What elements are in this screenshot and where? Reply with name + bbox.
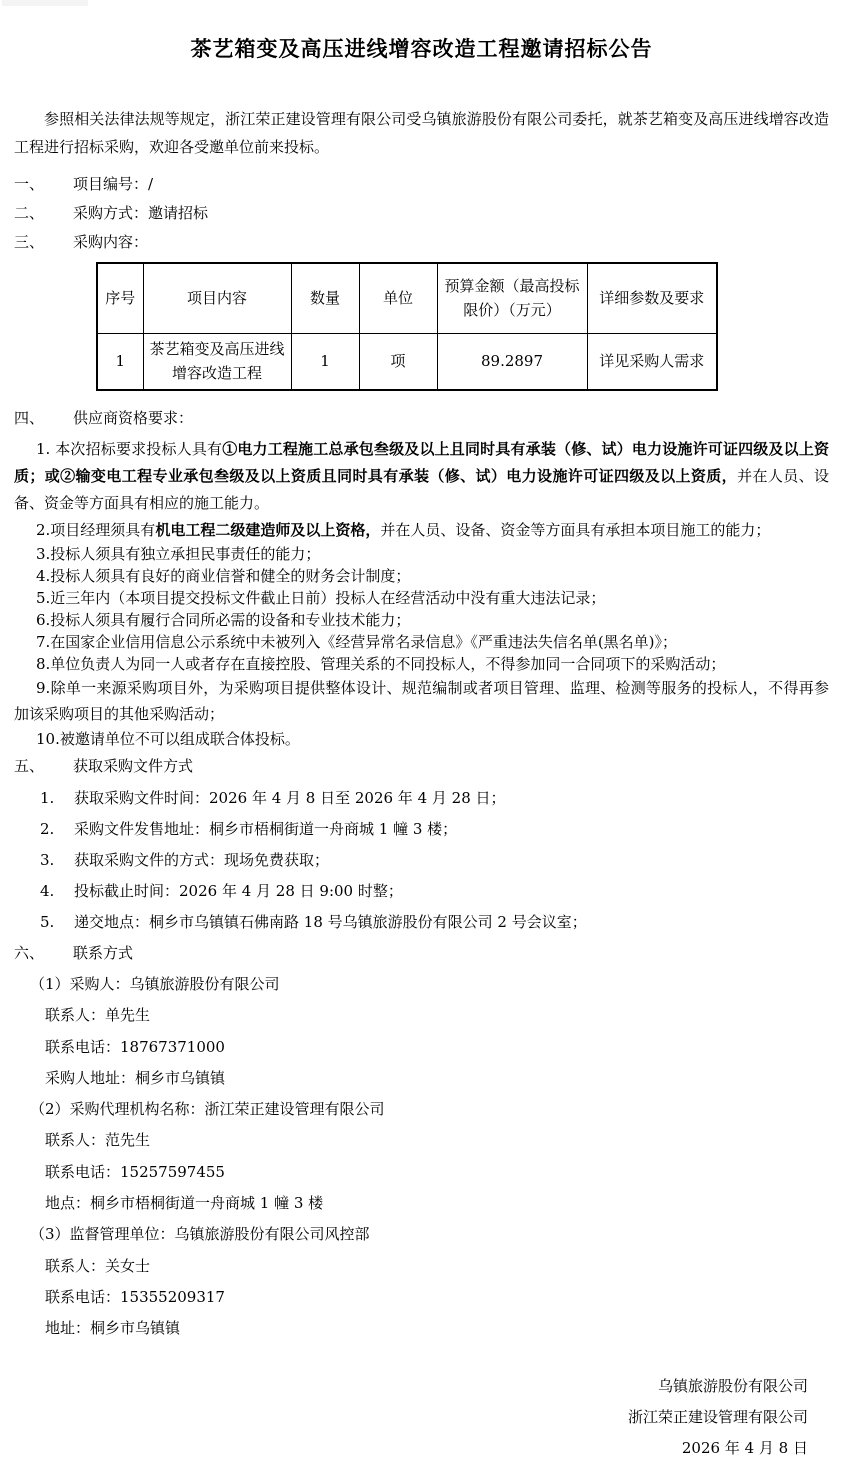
qualification-item-4: 4.投标人须具有良好的商业信誉和健全的财务会计制度； xyxy=(14,565,829,587)
header-budget: 预算金额（最高投标限价）（万元） xyxy=(437,263,587,333)
qualification-item-8: 8.单位负责人为同一人或者存在直接控股、管理关系的不同投标人，不得参加同一合同项… xyxy=(14,653,829,675)
cell-unit: 项 xyxy=(359,333,437,390)
signature-block: 乌镇旅游股份有限公司 浙江荣正建设管理有限公司 2026 年 4 月 8 日 xyxy=(14,1371,829,1460)
signature-agency: 浙江荣正建设管理有限公司 xyxy=(14,1402,808,1433)
section-number: 三、 xyxy=(14,228,73,257)
signature-purchaser: 乌镇旅游股份有限公司 xyxy=(14,1371,808,1402)
line-project-number: 一、 项目编号：/ xyxy=(14,170,829,199)
qualification-item-6: 6.投标人须具有履行合同所必需的设备和专业技术能力； xyxy=(14,609,829,631)
cell-project-content: 茶艺箱变及高压进线增容改造工程 xyxy=(143,333,291,390)
item-text: 采购文件发售地址：桐乡市梧桐街道一舟商城 1 幢 3 楼； xyxy=(74,814,457,845)
line-procurement-method: 二、 采购方式：邀请招标 xyxy=(14,199,829,228)
item-number: 1. xyxy=(40,783,74,814)
cell-quantity: 1 xyxy=(291,333,359,390)
item-text: 并在人员、设备、资金等方面具有承担本项目施工的能力； xyxy=(380,521,770,539)
qualification-item-7: 7.在国家企业信用信息公示系统中未被列入《经营异常名录信息》《严重违法失信名单(… xyxy=(14,631,829,653)
item-number: 4. xyxy=(40,876,74,907)
item-text: 2.项目经理须具有 xyxy=(36,521,155,539)
cell-budget: 89.2897 xyxy=(437,333,587,390)
obtain-item-sale-address: 2. 采购文件发售地址：桐乡市梧桐街道一舟商城 1 幢 3 楼； xyxy=(14,814,829,845)
contact-person: 联系人：范先生 xyxy=(14,1125,829,1156)
header-seq: 序号 xyxy=(97,263,143,333)
signature-date: 2026 年 4 月 8 日 xyxy=(14,1433,808,1460)
document-body: 茶艺箱变及高压进线增容改造工程邀请招标公告 参照相关法律法规等规定，浙江荣正建设… xyxy=(0,0,843,1460)
qualifications-heading-text: 供应商资格要求： xyxy=(73,407,829,430)
header-project-content: 项目内容 xyxy=(143,263,291,333)
contact-phone: 联系电话：15355209317 xyxy=(14,1282,829,1313)
tender-announcement-page: { "document": { "title": "茶艺箱变及高压进线增容改造工… xyxy=(0,0,843,1460)
section-number: 五、 xyxy=(14,753,73,779)
item-number: 3. xyxy=(40,845,74,876)
obtain-item-deadline: 4. 投标截止时间：2026 年 4 月 28 日 9:00 时整； xyxy=(14,876,829,907)
line-procurement-content: 三、 采购内容： xyxy=(14,228,829,257)
qualifications-section: 四、 供应商资格要求： 1. 本次招标要求投标人具有①电力工程施工总承包叁级及以… xyxy=(14,407,829,751)
cell-seq: 1 xyxy=(97,333,143,390)
obtain-list: 1. 获取采购文件时间：2026 年 4 月 8 日至 2026 年 4 月 2… xyxy=(14,783,829,938)
procurement-content-text: 采购内容： xyxy=(73,228,829,257)
qualifications-heading: 四、 供应商资格要求： xyxy=(14,407,829,430)
obtain-item-submit-place: 5. 递交地点：桐乡市乌镇镇石佛南路 18 号乌镇旅游股份有限公司 2 号会议室… xyxy=(14,907,829,938)
item-text: 获取采购文件的方式：现场免费获取； xyxy=(74,845,329,876)
section-number: 一、 xyxy=(14,170,73,199)
obtain-documents-section: 五、 获取采购文件方式 1. 获取采购文件时间：2026 年 4 月 8 日至 … xyxy=(14,753,829,938)
item-text: 获取采购文件时间：2026 年 4 月 8 日至 2026 年 4 月 28 日… xyxy=(74,783,506,814)
contact-address: 地址：桐乡市乌镇镇 xyxy=(14,1313,829,1344)
procurement-method-text: 采购方式：邀请招标 xyxy=(73,199,829,228)
qualification-item-10: 10.被邀请单位不可以组成联合体投标。 xyxy=(14,727,829,751)
meta-section: 一、 项目编号：/ 二、 采购方式：邀请招标 三、 采购内容： xyxy=(14,170,829,257)
cell-detail-params: 详见采购人需求 xyxy=(587,333,717,390)
qualification-item-2: 2.项目经理须具有机电工程二级建造师及以上资格，并在人员、设备、资金等方面具有承… xyxy=(14,517,829,543)
item-text: 递交地点：桐乡市乌镇镇石佛南路 18 号乌镇旅游股份有限公司 2 号会议室； xyxy=(74,907,587,938)
contact-address: 地点：桐乡市梧桐街道一舟商城 1 幢 3 楼 xyxy=(14,1188,829,1219)
contact-purchaser: （1）采购人：乌镇旅游股份有限公司 xyxy=(14,969,829,1000)
header-unit: 单位 xyxy=(359,263,437,333)
contact-agency: （2）采购代理机构名称：浙江荣正建设管理有限公司 xyxy=(14,1094,829,1125)
qualification-item-3: 3.投标人须具有独立承担民事责任的能力； xyxy=(14,543,829,565)
obtain-item-method: 3. 获取采购文件的方式：现场免费获取； xyxy=(14,845,829,876)
render-artifact-bar xyxy=(2,0,88,6)
table-header-row: 序号 项目内容 数量 单位 预算金额（最高投标限价）（万元） 详细参数及要求 xyxy=(97,263,717,333)
section-number: 四、 xyxy=(14,407,73,430)
intro-paragraph: 参照相关法律法规等规定，浙江荣正建设管理有限公司受乌镇旅游股份有限公司委托，就茶… xyxy=(14,105,829,161)
contact-phone: 联系电话：15257597455 xyxy=(14,1157,829,1188)
table-row: 1 茶艺箱变及高压进线增容改造工程 1 项 89.2897 详见采购人需求 xyxy=(97,333,717,390)
contact-heading: 六、 联系方式 xyxy=(14,938,829,969)
contact-person: 联系人：关女士 xyxy=(14,1251,829,1282)
obtain-heading-text: 获取采购文件方式 xyxy=(73,753,829,779)
contact-address: 采购人地址：桐乡市乌镇镇 xyxy=(14,1063,829,1094)
page-title: 茶艺箱变及高压进线增容改造工程邀请招标公告 xyxy=(14,0,829,64)
qualification-item-5: 5.近三年内（本项目提交投标文件截止日前）投标人在经营活动中没有重大违法记录； xyxy=(14,587,829,609)
item-number: 5. xyxy=(40,907,74,938)
qualification-item-1: 1. 本次招标要求投标人具有①电力工程施工总承包叁级及以上且同时具有承装（修、试… xyxy=(14,436,829,517)
obtain-heading: 五、 获取采购文件方式 xyxy=(14,753,829,779)
header-quantity: 数量 xyxy=(291,263,359,333)
contact-phone: 联系电话：18767371000 xyxy=(14,1032,829,1063)
item-text: 1. 本次招标要求投标人具有 xyxy=(36,440,222,458)
contact-heading-text: 联系方式 xyxy=(73,938,829,969)
obtain-item-time: 1. 获取采购文件时间：2026 年 4 月 8 日至 2026 年 4 月 2… xyxy=(14,783,829,814)
contact-supervisor: （3）监督管理单位：乌镇旅游股份有限公司风控部 xyxy=(14,1219,829,1250)
section-number: 二、 xyxy=(14,199,73,228)
item-text: 投标截止时间：2026 年 4 月 28 日 9:00 时整； xyxy=(74,876,403,907)
section-number: 六、 xyxy=(14,938,73,969)
item-text-bold: 机电工程二级建造师及以上资格， xyxy=(155,521,380,539)
qualification-item-9: 9.除单一来源采购项目外，为采购项目提供整体设计、规范编制或者项目管理、监理、检… xyxy=(14,675,829,727)
project-number-text: 项目编号：/ xyxy=(73,170,829,199)
header-detail-params: 详细参数及要求 xyxy=(587,263,717,333)
contact-person: 联系人：单先生 xyxy=(14,1000,829,1031)
contact-section: 六、 联系方式 （1）采购人：乌镇旅游股份有限公司 联系人：单先生 联系电话：1… xyxy=(14,938,829,1345)
procurement-table: 序号 项目内容 数量 单位 预算金额（最高投标限价）（万元） 详细参数及要求 1… xyxy=(96,262,718,391)
item-number: 2. xyxy=(40,814,74,845)
